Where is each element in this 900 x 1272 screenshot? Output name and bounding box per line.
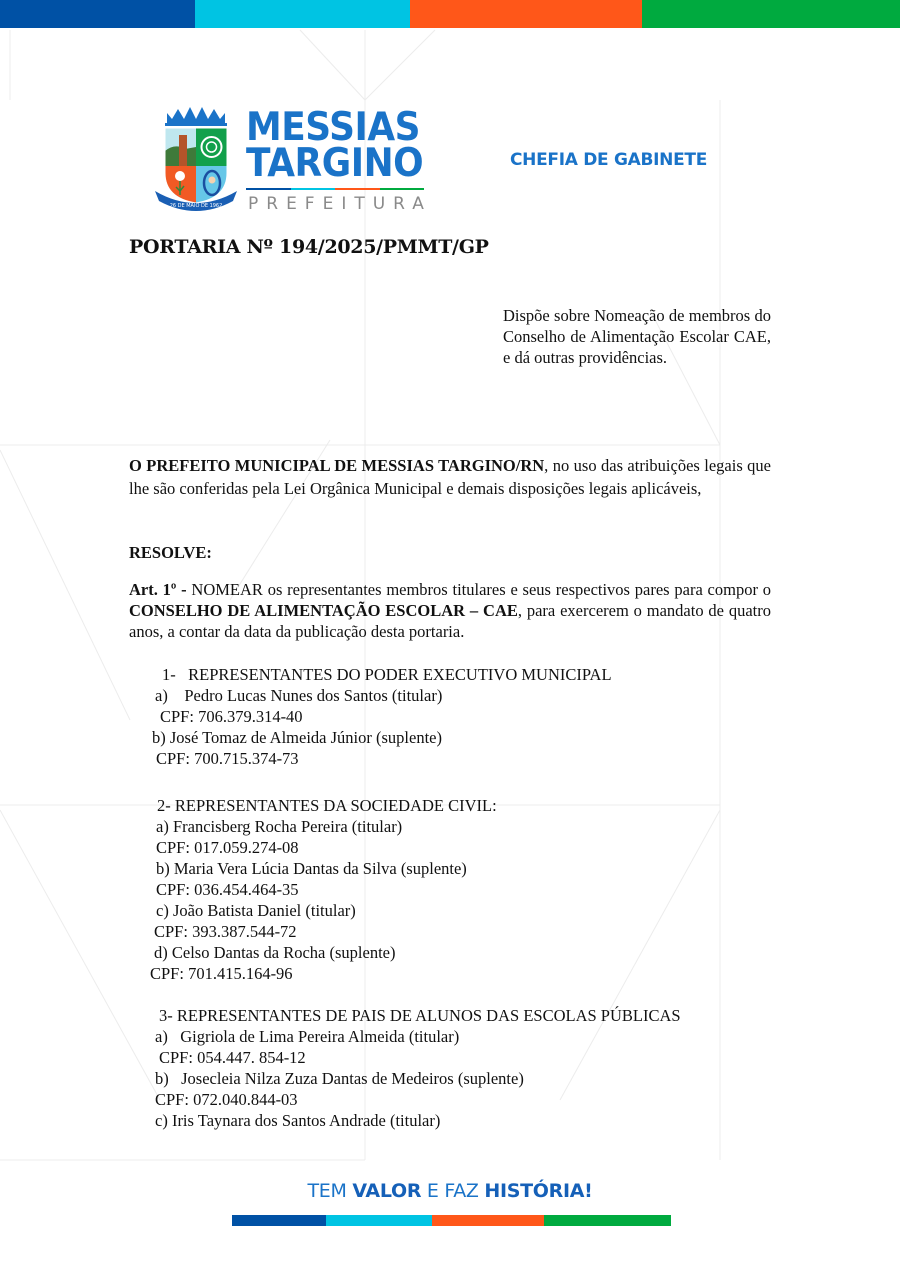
- top-bar-orange: [410, 0, 642, 28]
- bottom-color-bar: [232, 1215, 671, 1226]
- article-1-label: Art. 1º -: [129, 580, 187, 599]
- section-civil-society: 2- REPRESENTANTES DA SOCIEDADE CIVIL: a)…: [0, 795, 340, 984]
- list-item: b) José Tomaz de Almeida Júnior (suplent…: [152, 727, 602, 748]
- top-bar-blue: [0, 0, 195, 28]
- list-item: a) Pedro Lucas Nunes dos Santos (titular…: [155, 685, 605, 706]
- section-heading: 1- REPRESENTANTES DO PODER EXECUTIVO MUN…: [162, 664, 612, 685]
- list-item: c) João Batista Daniel (titular): [156, 900, 496, 921]
- list-item: a) Francisberg Rocha Pereira (titular): [156, 816, 496, 837]
- brand-color-rule: [246, 188, 424, 190]
- section-heading: 3- REPRESENTANTES DE PAIS DE ALUNOS DAS …: [159, 1005, 681, 1026]
- top-bar-cyan: [195, 0, 410, 28]
- document-summary: Dispõe sobre Nomeação de membros do Cons…: [503, 305, 771, 368]
- bottom-bar-blue: [232, 1215, 326, 1226]
- list-item: CPF: 017.059.274-08: [156, 837, 496, 858]
- section-heading: 2- REPRESENTANTES DA SOCIEDADE CIVIL:: [157, 795, 497, 816]
- article-1-paragraph: Art. 1º - NOMEAR os representantes membr…: [129, 579, 771, 642]
- slogan-part: E FAZ: [421, 1180, 484, 1202]
- bottom-bar-green: [544, 1215, 671, 1226]
- list-item: c) Iris Taynara dos Santos Andrade (titu…: [155, 1110, 677, 1131]
- list-item: CPF: 700.715.374-73: [156, 748, 606, 769]
- list-item: CPF: 393.387.544-72: [154, 921, 494, 942]
- list-item: CPF: 072.040.844-03: [155, 1089, 677, 1110]
- resolve-heading: RESOLVE:: [129, 543, 212, 563]
- brand-wordmark: MESSIAS TARGINO PREFEITURA: [246, 110, 439, 214]
- brand-line-2: TARGINO: [246, 146, 423, 182]
- list-item: CPF: 036.454.464-35: [156, 879, 496, 900]
- preamble-paragraph: O PREFEITO MUNICIPAL DE MESSIAS TARGINO/…: [129, 454, 771, 500]
- preamble-authority: O PREFEITO MUNICIPAL DE MESSIAS TARGINO/…: [129, 456, 544, 475]
- brand-line-3: PREFEITURA: [246, 194, 439, 214]
- document-title: PORTARIA Nº 194/2025/PMMT/GP: [129, 236, 489, 258]
- svg-text:26 DE MAIO DE 1962: 26 DE MAIO DE 1962: [170, 203, 223, 209]
- top-bar-green: [642, 0, 900, 28]
- municipal-crest-logo: 26 DE MAIO DE 1962: [155, 103, 237, 211]
- list-item: CPF: 706.379.314-40: [160, 706, 610, 727]
- list-item: CPF: 054.447. 854-12: [159, 1047, 681, 1068]
- footer-slogan: TEM VALOR E FAZ HISTÓRIA!: [0, 1180, 900, 1202]
- slogan-part: TEM: [307, 1180, 352, 1202]
- list-item: b) Josecleia Nilza Zuza Dantas de Medeir…: [155, 1068, 677, 1089]
- section-executive: 1- REPRESENTANTES DO PODER EXECUTIVO MUN…: [0, 664, 450, 769]
- article-1-text-a: NOMEAR os representantes membros titular…: [187, 580, 771, 599]
- list-item: b) Maria Vera Lúcia Dantas da Silva (sup…: [156, 858, 496, 879]
- slogan-emphasis: VALOR: [352, 1180, 421, 1202]
- top-color-bar: [0, 0, 900, 28]
- bottom-bar-cyan: [326, 1215, 432, 1226]
- department-label: CHEFIA DE GABINETE: [510, 150, 707, 170]
- list-item: CPF: 701.415.164-96: [150, 963, 490, 984]
- bottom-bar-orange: [432, 1215, 544, 1226]
- slogan-emphasis: HISTÓRIA!: [484, 1180, 592, 1202]
- list-item: d) Celso Dantas da Rocha (suplente): [154, 942, 494, 963]
- section-parents: 3- REPRESENTANTES DE PAIS DE ALUNOS DAS …: [0, 1005, 522, 1131]
- council-name: CONSELHO DE ALIMENTAÇÃO ESCOLAR – CAE: [129, 601, 518, 620]
- list-item: a) Gigriola de Lima Pereira Almeida (tit…: [155, 1026, 677, 1047]
